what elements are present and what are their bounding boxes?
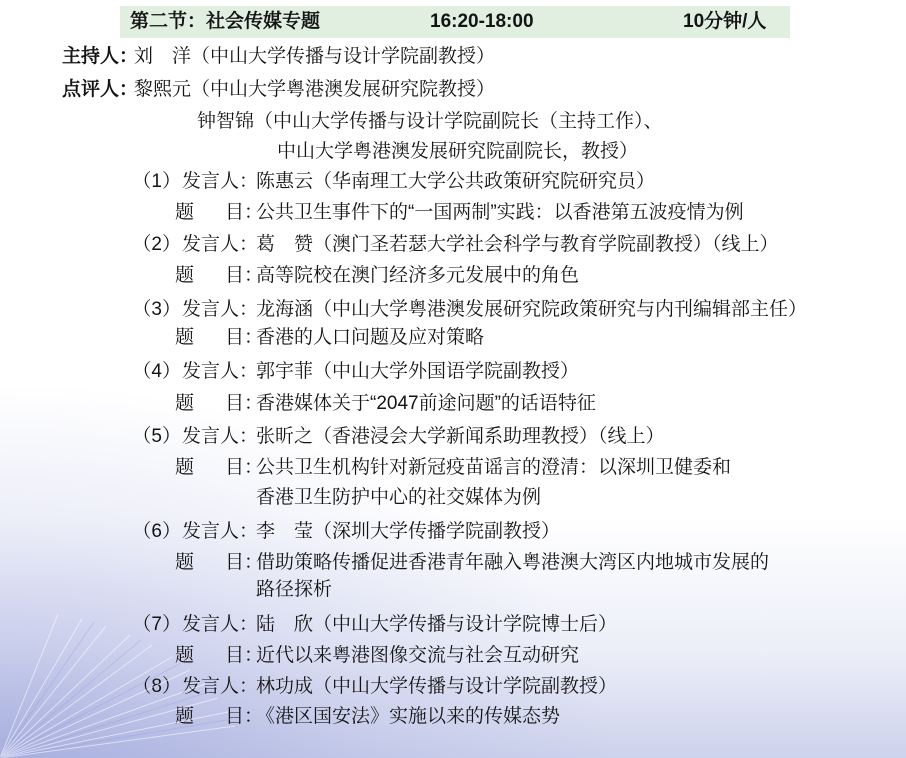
speaker-name: 葛 赞（澳门圣若瑟大学社会科学与教育学院副教授）（线上） [256, 232, 779, 258]
session-time: 16:20-18:00 [430, 6, 534, 38]
item-number: （7） [100, 612, 181, 638]
speaker-name: 李 莹（深圳大学传播学院副教授） [256, 519, 560, 545]
commentator-line: 中山大学粤港澳发展研究院副院长，教授） [0, 139, 906, 165]
commentator-line: 钟智锦（中山大学传播与设计学院副院长（主持工作）、 [0, 109, 906, 135]
commentator-label: 点评人： [62, 77, 138, 103]
commentator-name: 钟智锦（中山大学传播与设计学院副院长（主持工作）、 [197, 109, 663, 135]
session-duration: 10分钟/人 [683, 6, 766, 38]
talk-title: 香港卫生防护中心的社交媒体为例 [256, 485, 541, 511]
item-title-line: 题 目： 《港区国安法》实施以来的传媒态势 [0, 704, 906, 730]
title-label: 题 [175, 455, 194, 481]
item-number: （5） [100, 424, 181, 450]
speaker-label: 发言人： [182, 297, 258, 323]
title-label: 题 [175, 704, 194, 730]
item-speaker-line: （4） 发言人： 郭宇菲（中山大学外国语学院副教授） [0, 359, 906, 385]
speaker-label: 发言人： [182, 519, 258, 545]
speaker-name: 陈惠云（华南理工大学公共政策研究院研究员） [256, 169, 655, 195]
speaker-label: 发言人： [182, 424, 258, 450]
item-title-line: 题 目： 公共卫生事件下的“一国两制”实践：以香港第五波疫情为例 [0, 200, 906, 226]
item-number: （6） [100, 519, 181, 545]
talk-title: 近代以来粤港图像交流与社会互动研究 [256, 643, 579, 669]
talk-title: 路径探析 [256, 577, 332, 603]
item-title-line: 题 目： 公共卫生机构针对新冠疫苗谣言的澄清：以深圳卫健委和 [0, 455, 906, 481]
moderator-name: 刘 洋（中山大学传播与设计学院副教授） [134, 44, 495, 70]
item-number: （1） [100, 169, 181, 195]
item-speaker-line: （6） 发言人： 李 莹（深圳大学传播学院副教授） [0, 519, 906, 545]
moderator-label: 主持人： [62, 44, 138, 70]
item-number: （3） [100, 297, 181, 323]
title-label: 题 [175, 550, 194, 576]
talk-title: 高等院校在澳门经济多元发展中的角色 [256, 263, 579, 289]
item-number: （2） [100, 232, 181, 258]
speaker-label: 发言人： [182, 674, 258, 700]
item-speaker-line: （1） 发言人： 陈惠云（华南理工大学公共政策研究院研究员） [0, 169, 906, 195]
speaker-label: 发言人： [182, 232, 258, 258]
item-title-line: 题 目： 借助策略传播促进香港青年融入粤港澳大湾区内地城市发展的 [0, 550, 906, 576]
session-title: 第二节：社会传媒专题 [130, 6, 320, 38]
talk-title: 香港媒体关于“2047前途问题”的话语特征 [256, 391, 596, 417]
title-label: 题 [175, 325, 194, 351]
item-title-continuation: 香港卫生防护中心的社交媒体为例 [0, 485, 906, 511]
moderator-line: 主持人： 刘 洋（中山大学传播与设计学院副教授） [0, 44, 906, 70]
item-title-line: 题 目： 近代以来粤港图像交流与社会互动研究 [0, 643, 906, 669]
item-speaker-line: （3） 发言人： 龙海涵（中山大学粤港澳发展研究院政策研究与内刊编辑部主任） [0, 297, 906, 323]
item-speaker-line: （5） 发言人： 张昕之（香港浸会大学新闻系助理教授）（线上） [0, 424, 906, 450]
item-title-continuation: 路径探析 [0, 577, 906, 603]
item-number: （8） [100, 674, 181, 700]
speaker-label: 发言人： [182, 169, 258, 195]
agenda-slide: 第二节：社会传媒专题 16:20-18:00 10分钟/人 主持人： 刘 洋（中… [0, 0, 906, 758]
commentator-name: 中山大学粤港澳发展研究院副院长，教授） [277, 139, 638, 165]
item-title-line: 题 目： 香港媒体关于“2047前途问题”的话语特征 [0, 391, 906, 417]
speaker-label: 发言人： [182, 612, 258, 638]
item-title-line: 题 目： 香港的人口问题及应对策略 [0, 325, 906, 351]
talk-title: 香港的人口问题及应对策略 [256, 325, 484, 351]
title-label: 题 [175, 200, 194, 226]
speaker-label: 发言人： [182, 359, 258, 385]
session-header-bar: 第二节：社会传媒专题 16:20-18:00 10分钟/人 [120, 6, 790, 38]
speaker-name: 龙海涵（中山大学粤港澳发展研究院政策研究与内刊编辑部主任） [256, 297, 807, 323]
speaker-name: 陆 欣（中山大学传播与设计学院博士后） [256, 612, 617, 638]
item-speaker-line: （2） 发言人： 葛 赞（澳门圣若瑟大学社会科学与教育学院副教授）（线上） [0, 232, 906, 258]
talk-title: 公共卫生机构针对新冠疫苗谣言的澄清：以深圳卫健委和 [256, 455, 731, 481]
speaker-name: 张昕之（香港浸会大学新闻系助理教授）（线上） [256, 424, 665, 450]
speaker-name: 郭宇菲（中山大学外国语学院副教授） [256, 359, 579, 385]
item-title-line: 题 目： 高等院校在澳门经济多元发展中的角色 [0, 263, 906, 289]
title-label: 题 [175, 391, 194, 417]
title-label: 题 [175, 643, 194, 669]
talk-title: 《港区国安法》实施以来的传媒态势 [256, 704, 560, 730]
item-speaker-line: （7） 发言人： 陆 欣（中山大学传播与设计学院博士后） [0, 612, 906, 638]
speaker-name: 林功成（中山大学传播与设计学院副教授） [256, 674, 617, 700]
commentator-name: 黎熙元（中山大学粤港澳发展研究院教授） [134, 77, 495, 103]
commentator-line: 点评人： 黎熙元（中山大学粤港澳发展研究院教授） [0, 77, 906, 103]
talk-title: 借助策略传播促进香港青年融入粤港澳大湾区内地城市发展的 [256, 550, 769, 576]
talk-title: 公共卫生事件下的“一国两制”实践：以香港第五波疫情为例 [256, 200, 744, 226]
item-number: （4） [100, 359, 181, 385]
title-label: 题 [175, 263, 194, 289]
item-speaker-line: （8） 发言人： 林功成（中山大学传播与设计学院副教授） [0, 674, 906, 700]
